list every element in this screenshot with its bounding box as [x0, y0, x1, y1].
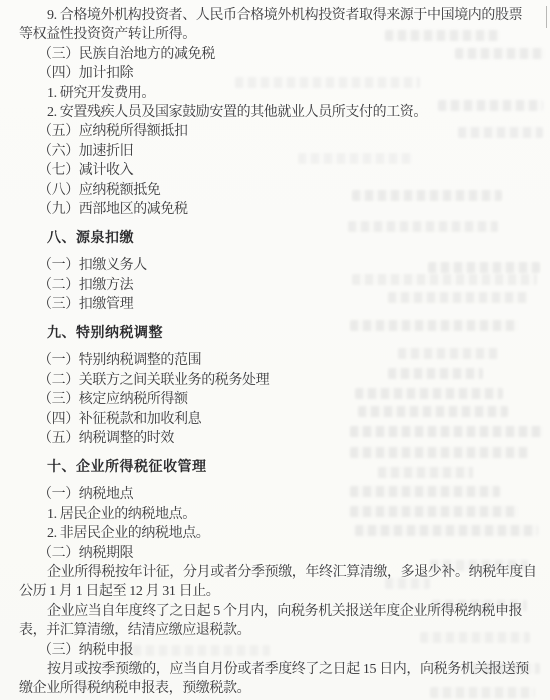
section-heading-8: 八、源泉扣缴	[19, 227, 526, 247]
doc-line: （二）纳税期限	[19, 544, 526, 563]
doc-line: （七）减计收入	[19, 161, 526, 180]
doc-line: 2. 非居民企业的纳税地点。	[19, 524, 526, 543]
doc-line: （八）应纳税额抵免	[19, 181, 526, 200]
doc-line: （五）纳税调整的时效	[19, 429, 526, 448]
doc-line: 企业所得税按年计征，分月或者分季预缴，年终汇算清缴，多退少补。纳税年度自	[19, 563, 526, 582]
doc-line: （五）应纳税所得额抵扣	[19, 122, 526, 141]
doc-line: （三）纳税申报	[19, 641, 526, 660]
doc-line: （一）特别纳税调整的范围	[19, 351, 526, 370]
doc-line: （六）加速折旧	[19, 142, 526, 161]
doc-line: 等权益性投资资产转让所得。	[19, 25, 526, 44]
doc-line: （三）民族自治地方的减免税	[19, 45, 526, 64]
doc-line: 9. 合格境外机构投资者、人民币合格境外机构投资者取得来源于中国境内的股票	[19, 6, 526, 25]
section-heading-9: 九、特别纳税调整	[19, 322, 526, 342]
scan-artifact-line	[546, 6, 547, 28]
section-heading-10: 十、企业所得税征收管理	[19, 456, 526, 476]
doc-line: （一）纳税地点	[19, 485, 526, 504]
doc-line: （三）核定应纳税所得额	[19, 390, 526, 409]
doc-line: （九）西部地区的减免税	[19, 200, 526, 219]
doc-line: 1. 研究开发费用。	[19, 84, 526, 103]
doc-line: （一）扣缴义务人	[19, 256, 526, 275]
doc-line: （四）加计扣除	[19, 64, 526, 83]
doc-line: 缴企业所得税纳税申报表，预缴税款。	[19, 679, 526, 698]
doc-line: 1. 居民企业的纳税地点。	[19, 505, 526, 524]
doc-line: （二）扣缴方法	[19, 276, 526, 295]
doc-line: 企业应当自年度终了之日起 5 个月内，向税务机关报送年度企业所得税纳税申报	[19, 602, 526, 621]
scanned-document-page: 9. 合格境外机构投资者、人民币合格境外机构投资者取得来源于中国境内的股票 等权…	[0, 0, 550, 700]
doc-line: 按月或按季预缴的，应当自月份或者季度终了之日起 15 日内，向税务机关报送预	[19, 660, 526, 679]
doc-line: 2. 安置残疾人员及国家鼓励安置的其他就业人员所支付的工资。	[19, 103, 526, 122]
document-text-block: 9. 合格境外机构投资者、人民币合格境外机构投资者取得来源于中国境内的股票 等权…	[19, 6, 526, 699]
doc-line: （四）补征税款和加收利息	[19, 410, 526, 429]
doc-line: 公历 1 月 1 日起至 12 月 31 日止。	[19, 582, 526, 601]
doc-line: 表，并汇算清缴，结清应缴应退税款。	[19, 621, 526, 640]
doc-line: （二）关联方之间关联业务的税务处理	[19, 371, 526, 390]
doc-line: （三）扣缴管理	[19, 295, 526, 314]
